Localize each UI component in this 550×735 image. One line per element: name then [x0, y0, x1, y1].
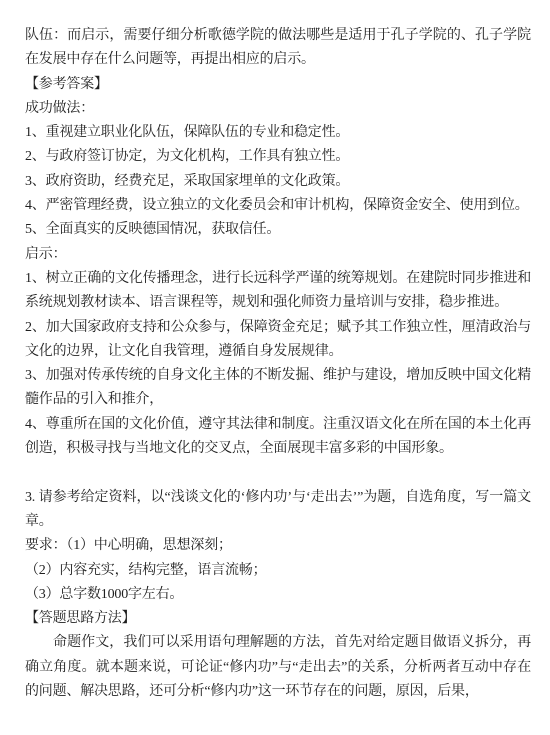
- success-practice-item-3: 3、政府资助，经费充足，采取国家埋单的文化政策。: [25, 170, 531, 194]
- success-practice-item-4: 4、严密管理经费，设立独立的文化委员会和审计机构，保障资金安全、使用到位。: [25, 194, 531, 218]
- document-body: 队伍：而启示，需要仔细分析歌德学院的做法哪些是适用于孔子学院的、孔子学院在发展中…: [25, 24, 530, 704]
- requirement-2: （2）内容充实，结构完整，语言流畅；: [25, 559, 531, 583]
- implication-item-4: 4、尊重所在国的文化价值，遵守其法律和制度。注重汉语文化在所在国的本土化再创造，…: [25, 413, 531, 462]
- success-practice-item-1: 1、重视建立职业化队伍，保障队伍的专业和稳定性。: [25, 121, 531, 145]
- success-practice-item-5: 5、全面真实的反映德国情况，获取信任。: [25, 218, 531, 242]
- implications-label: 启示：: [25, 243, 531, 267]
- implication-item-3: 3、加强对传承传统的自身文化主体的不断发掘、维护与建设，增加反映中国文化精髓作品…: [25, 364, 531, 413]
- answer-approach-heading: 【答题思路方法】: [25, 607, 531, 631]
- answer-approach-paragraph: 命题作文，我们可以采用语句理解题的方法，首先对给定题目做语义拆分，再确立角度。就…: [25, 631, 531, 704]
- reference-answer-heading: 【参考答案】: [25, 73, 531, 97]
- question-3-paragraph: 3. 请参考给定资料，以“浅谈文化的‘修内功’与‘走出去’”为题，自选角度，写一…: [25, 486, 531, 535]
- success-practices-label: 成功做法：: [25, 97, 531, 121]
- requirement-3: （3）总字数1000字左右。: [25, 583, 531, 607]
- implication-item-1: 1、树立正确的文化传播理念，进行长远科学严谨的统筹规划。在建院时同步推进和系统规…: [25, 267, 531, 316]
- success-practice-item-2: 2、与政府签订协定，为文化机构，工作具有独立性。: [25, 145, 531, 169]
- implication-item-2: 2、加大国家政府支持和公众参与，保障资金充足；赋予其工作独立性，厘清政治与文化的…: [25, 316, 531, 365]
- blank-line: [25, 461, 531, 485]
- document-page: 队伍：而启示，需要仔细分析歌德学院的做法哪些是适用于孔子学院的、孔子学院在发展中…: [0, 0, 550, 735]
- requirement-1: 要求：（1）中心明确，思想深刻；: [25, 534, 531, 558]
- context-paragraph: 队伍：而启示，需要仔细分析歌德学院的做法哪些是适用于孔子学院的、孔子学院在发展中…: [25, 24, 531, 73]
